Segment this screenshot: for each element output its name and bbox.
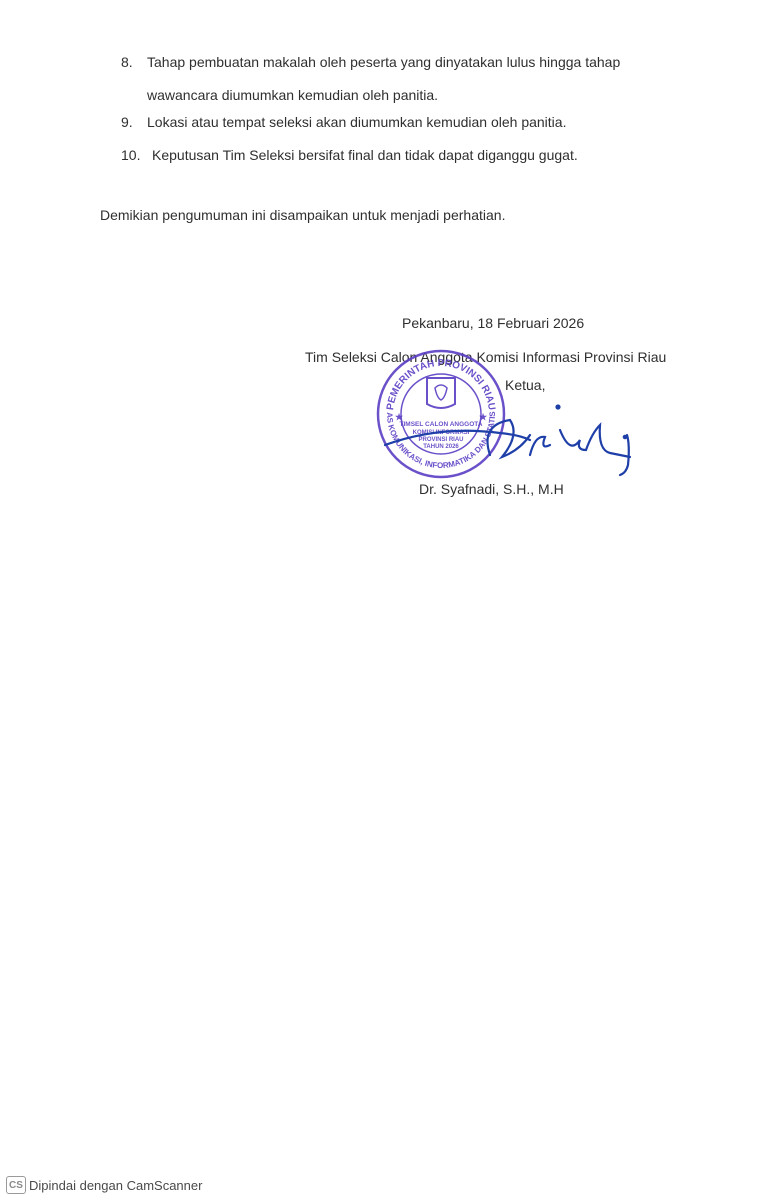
list-text: Keputusan Tim Seleksi bersifat final dan… (152, 139, 692, 172)
handwritten-signature-icon (380, 395, 650, 485)
closing-statement: Demikian pengumuman ini disampaikan untu… (100, 199, 505, 232)
list-number: 8. (121, 46, 133, 79)
camscanner-logo-icon: CS (6, 1176, 26, 1194)
document-page: 8. Tahap pembuatan makalah oleh peserta … (0, 0, 764, 1200)
watermark-text: Dipindai dengan CamScanner (29, 1178, 202, 1193)
signer-name: Dr. Syafnadi, S.H., M.H (419, 476, 564, 502)
list-text: Tahap pembuatan makalah oleh peserta yan… (147, 46, 687, 112)
place-date: Pekanbaru, 18 Februari 2026 (402, 308, 584, 338)
camscanner-watermark: CS Dipindai dengan CamScanner (6, 1176, 202, 1194)
list-text: Lokasi atau tempat seleksi akan diumumka… (147, 106, 687, 139)
list-number: 10. (121, 139, 140, 172)
list-number: 9. (121, 106, 133, 139)
